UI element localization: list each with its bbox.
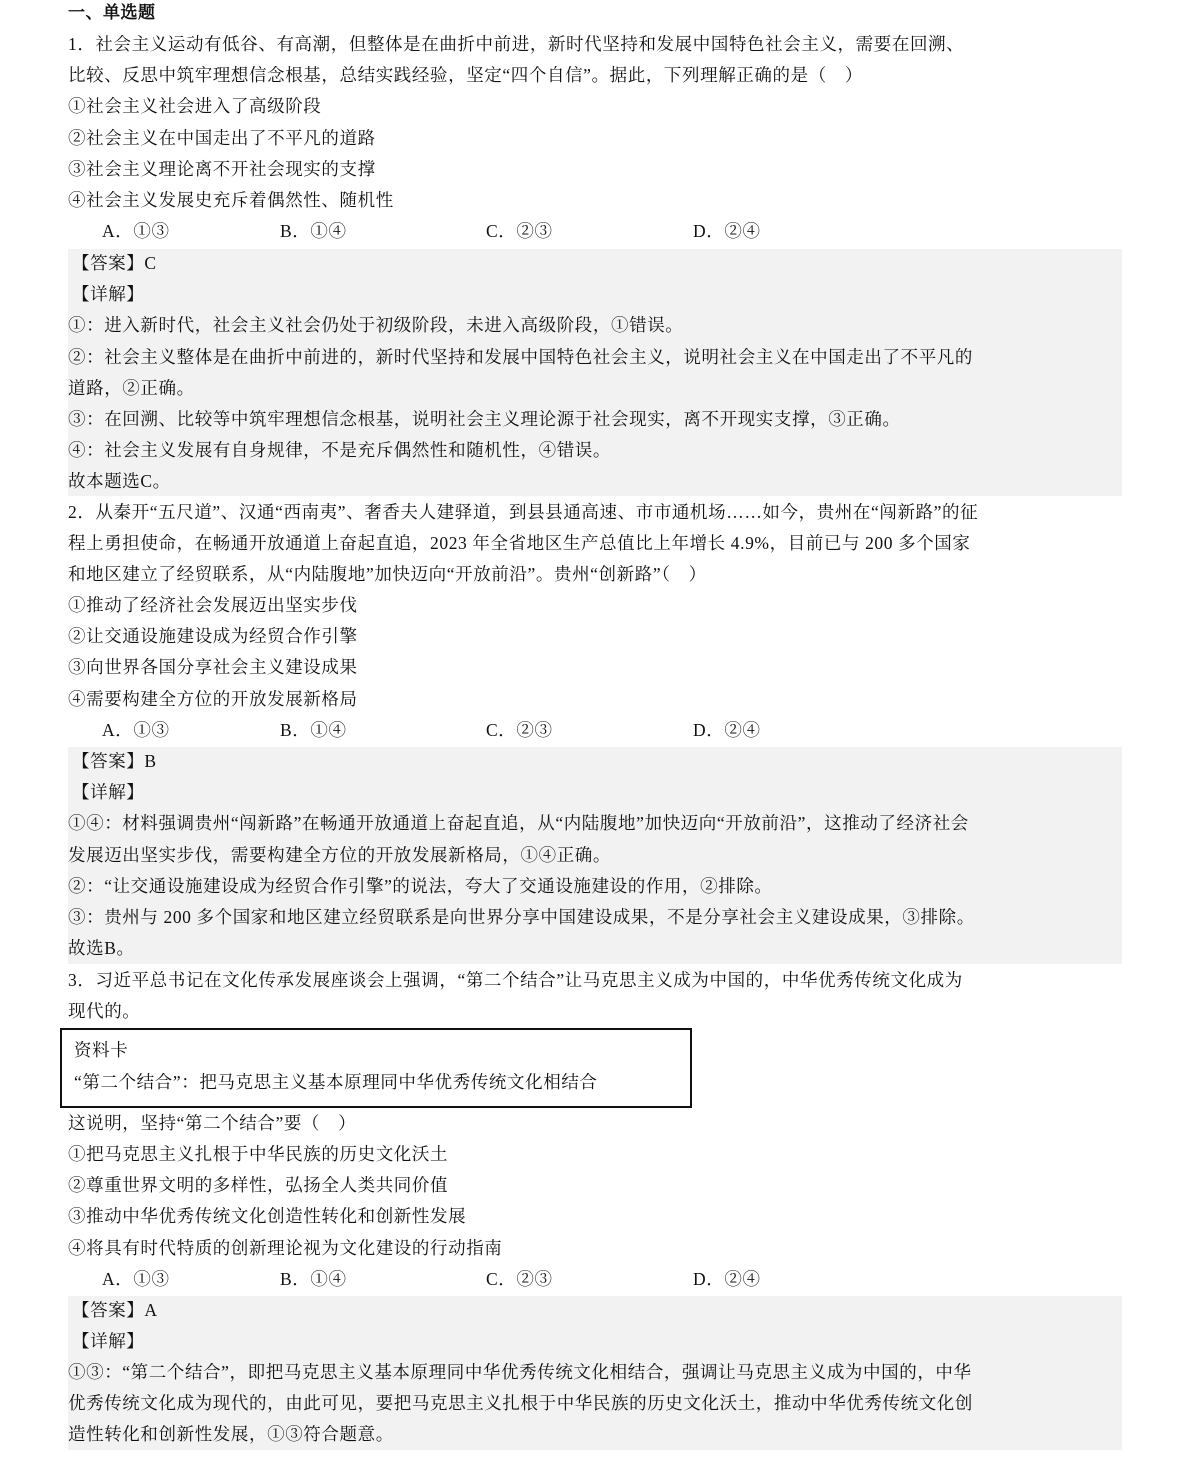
explain-label: 【详解】 bbox=[72, 279, 144, 310]
options-row: A．①③ B．①④ C．②③ D．②④ bbox=[68, 715, 868, 746]
explanation-line: ②：社会主义整体是在曲折中前进的，新时代坚持和发展中国特色社会主义，说明社会主义… bbox=[68, 342, 973, 373]
statement: ②社会主义在中国走出了不平凡的道路 bbox=[68, 123, 376, 154]
statement: ④将具有时代特质的创新理论视为文化建设的行动指南 bbox=[68, 1233, 502, 1264]
statement: ①社会主义社会进入了高级阶段 bbox=[68, 91, 321, 122]
statement: ①推动了经济社会发展迈出坚实步伐 bbox=[68, 590, 358, 621]
question-stem-line: 比较、反思中筑牢理想信念根基，总结实践经验，坚定“四个自信”。据此，下列理解正确… bbox=[68, 60, 863, 91]
explanation-conclusion: 故本题选C。 bbox=[68, 466, 171, 497]
question-stem-line: 和地区建立了经贸联系，从“内陆腹地”加快迈向“开放前沿”。贵州“创新路”（ ） bbox=[68, 559, 707, 590]
answer-label: 【答案】B bbox=[72, 746, 157, 777]
option-b[interactable]: B．①④ bbox=[280, 216, 347, 247]
statement: ④社会主义发展史充斥着偶然性、随机性 bbox=[68, 185, 394, 216]
statement: ③社会主义理论离不开社会现实的支撑 bbox=[68, 154, 376, 185]
explanation-line: ①④：材料强调贵州“闯新路”在畅通开放通道上奋起直追，从“内陆腹地”加快迈向“开… bbox=[68, 808, 969, 839]
section-title: 一、单选题 bbox=[68, 0, 156, 29]
explanation-line: ③：贵州与 200 多个国家和地区建立经贸联系是向世界分享中国建设成果，不是分享… bbox=[68, 902, 975, 933]
statement: ②让交通设施建设成为经贸合作引擎 bbox=[68, 621, 358, 652]
explanation-line: 优秀传统文化成为现代的，由此可见，要把马克思主义扎根于中华民族的历史文化沃土，推… bbox=[68, 1388, 973, 1419]
explanation-line: 发展迈出坚实步伐，需要构建全方位的开放发展新格局，①④正确。 bbox=[68, 840, 611, 871]
option-a[interactable]: A．①③ bbox=[102, 216, 170, 247]
statement: ④需要构建全方位的开放发展新格局 bbox=[68, 684, 358, 715]
explanation-line: ④：社会主义发展有自身规律，不是充斥偶然性和随机性，④错误。 bbox=[68, 435, 611, 466]
explanation-line: 造性转化和创新性发展，①③符合题意。 bbox=[68, 1419, 394, 1450]
statement: ③推动中华优秀传统文化创造性转化和创新性发展 bbox=[68, 1201, 466, 1232]
option-b[interactable]: B．①④ bbox=[280, 1264, 347, 1295]
info-card-title: 资料卡 bbox=[74, 1035, 128, 1066]
explanation-line: ①：进入新时代，社会主义社会仍处于初级阶段，未进入高级阶段，①错误。 bbox=[68, 310, 683, 341]
explanation-line: ②：“让交通设施建设成为经贸合作引擎”的说法，夸大了交通设施建设的作用，②排除。 bbox=[68, 871, 773, 902]
explanation-line: ①③：“第二个结合”，即把马克思主义基本原理同中华优秀传统文化相结合，强调让马克… bbox=[68, 1357, 972, 1388]
option-c[interactable]: C．②③ bbox=[486, 715, 553, 746]
explanation-line: 道路，②正确。 bbox=[68, 373, 195, 404]
option-d[interactable]: D．②④ bbox=[693, 216, 761, 247]
explain-label: 【详解】 bbox=[72, 777, 144, 808]
option-d[interactable]: D．②④ bbox=[693, 1264, 761, 1295]
option-c[interactable]: C．②③ bbox=[486, 216, 553, 247]
info-card: 资料卡 “第二个结合”：把马克思主义基本原理同中华优秀传统文化相结合 bbox=[60, 1028, 692, 1108]
statement: ①把马克思主义扎根于中华民族的历史文化沃土 bbox=[68, 1139, 448, 1170]
option-a[interactable]: A．①③ bbox=[102, 1264, 170, 1295]
option-c[interactable]: C．②③ bbox=[486, 1264, 553, 1295]
statement: ③向世界各国分享社会主义建设成果 bbox=[68, 652, 358, 683]
options-row: A．①③ B．①④ C．②③ D．②④ bbox=[68, 216, 868, 247]
statement: ②尊重世界文明的多样性，弘扬全人类共同价值 bbox=[68, 1170, 448, 1201]
explain-label: 【详解】 bbox=[72, 1326, 144, 1357]
option-a[interactable]: A．①③ bbox=[102, 715, 170, 746]
question-stem-line: 2．从秦开“五尺道”、汉通“西南夷”、奢香夫人建驿道，到县县通高速、市市通机场…… bbox=[68, 497, 978, 528]
question-prompt: 这说明，坚持“第二个结合”要（ ） bbox=[68, 1108, 356, 1139]
explanation-line: ③：在回溯、比较等中筑牢理想信念根基，说明社会主义理论源于社会现实，离不开现实支… bbox=[68, 404, 901, 435]
info-card-body: “第二个结合”：把马克思主义基本原理同中华优秀传统文化相结合 bbox=[74, 1067, 598, 1098]
question-stem-line: 现代的。 bbox=[68, 996, 140, 1027]
option-d[interactable]: D．②④ bbox=[693, 715, 761, 746]
explanation-conclusion: 故选B。 bbox=[68, 933, 135, 964]
question-stem-line: 1．社会主义运动有低谷、有高潮，但整体是在曲折中前进，新时代坚持和发展中国特色社… bbox=[68, 29, 964, 60]
question-stem-line: 3．习近平总书记在文化传承发展座谈会上强调，“第二个结合”让马克思主义成为中国的… bbox=[68, 965, 963, 996]
answer-label: 【答案】A bbox=[72, 1295, 158, 1326]
question-stem-line: 程上勇担使命，在畅通开放通道上奋起直追，2023 年全省地区生产总值比上年增长 … bbox=[68, 528, 971, 559]
option-b[interactable]: B．①④ bbox=[280, 715, 347, 746]
options-row: A．①③ B．①④ C．②③ D．②④ bbox=[68, 1264, 868, 1295]
answer-label: 【答案】C bbox=[72, 248, 157, 279]
